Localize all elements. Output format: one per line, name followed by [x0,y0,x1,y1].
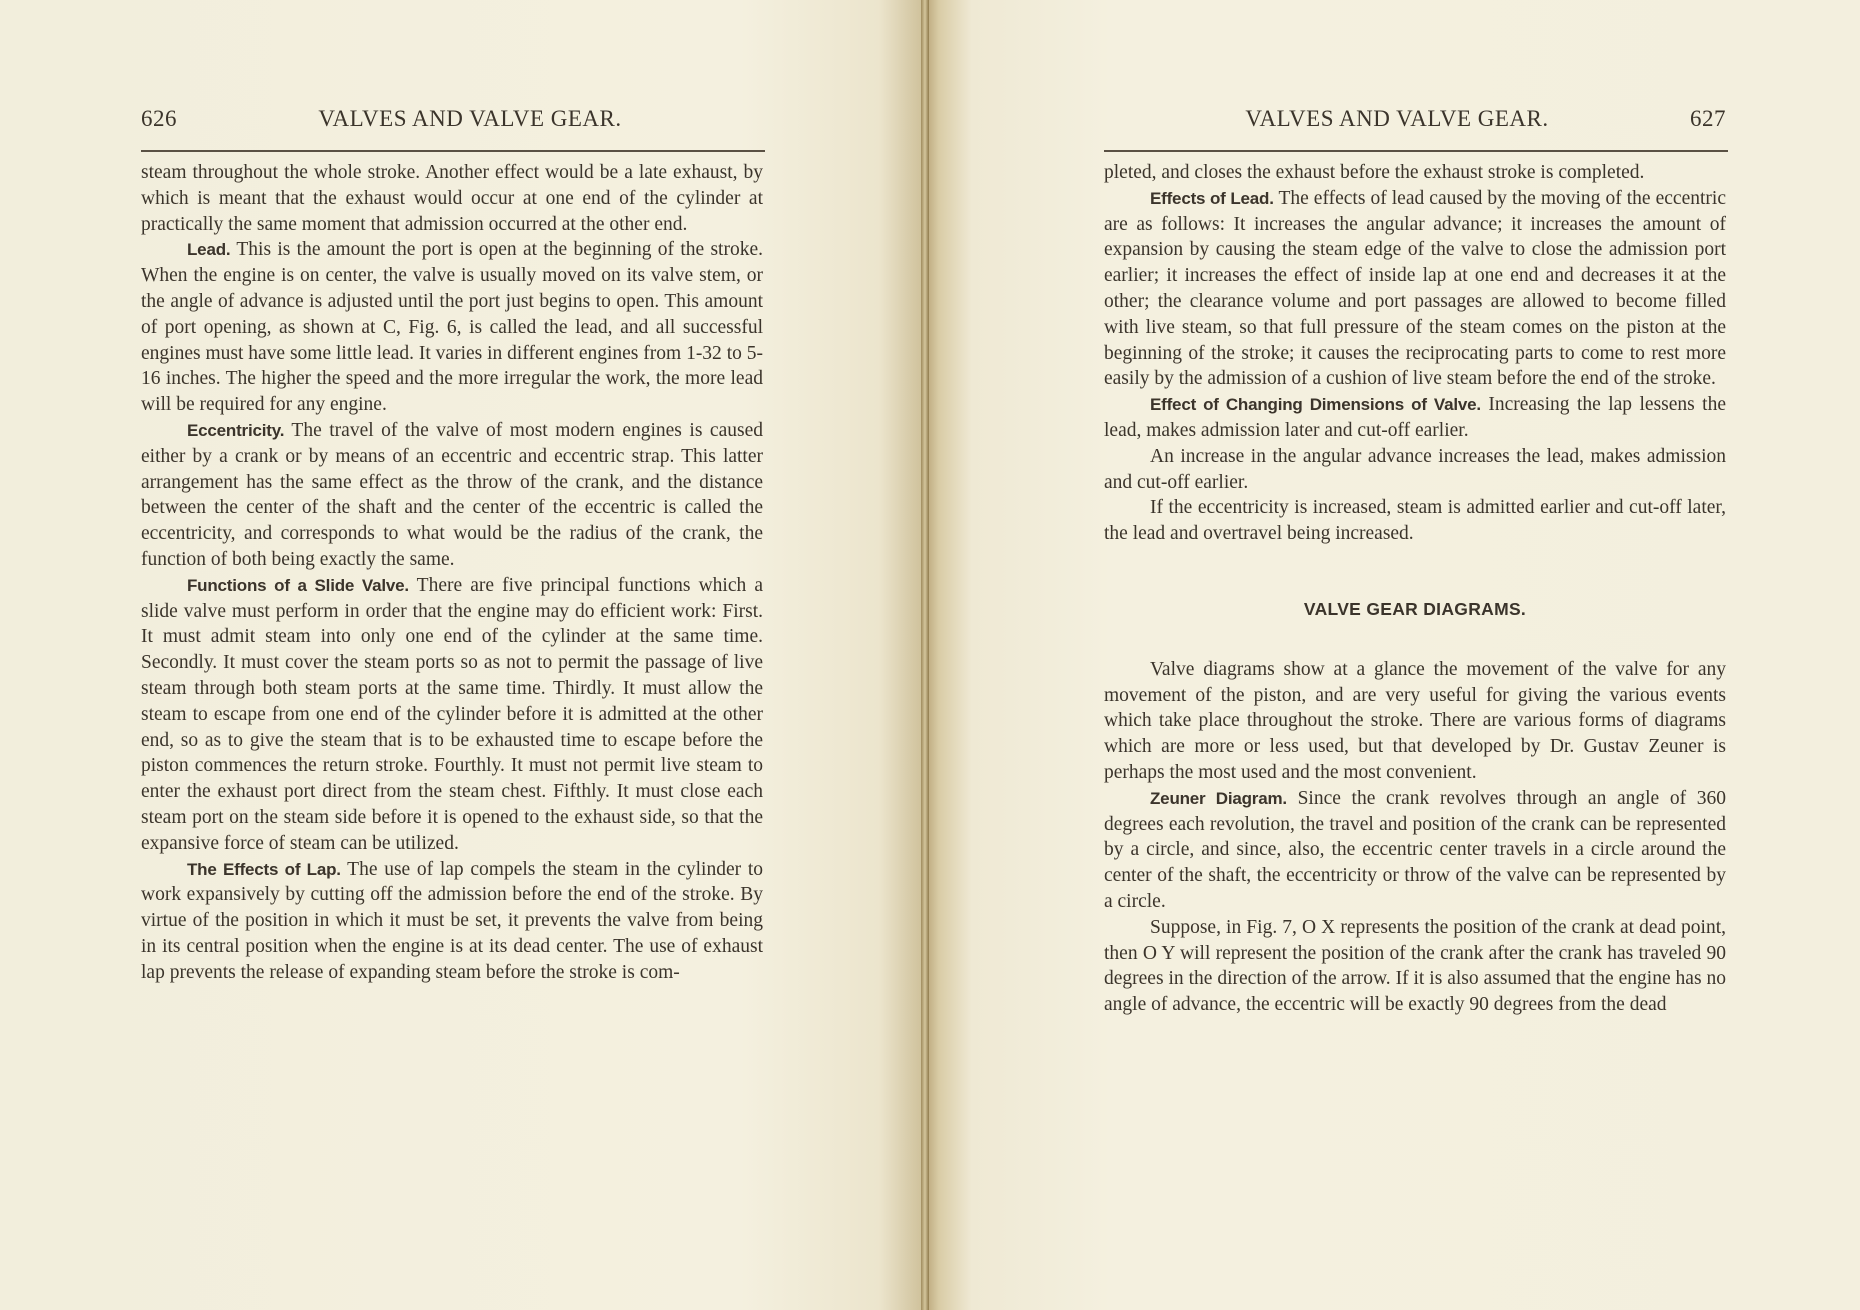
paragraph-heading: Effects of Lead. [1150,189,1274,208]
paragraph: If the eccentricity is increased, steam … [1104,495,1726,547]
paragraph-changing-dimensions: Effect of Changing Dimensions of Valve. … [1104,392,1726,444]
section-heading: VALVE GEAR DIAGRAMS. [1104,597,1726,623]
paragraph-text: If the eccentricity is increased, steam … [1104,497,1726,544]
left-body-text: steam throughout the whole stroke. Anoth… [141,160,763,986]
paragraph-text: The effects of lead caused by the moving… [1104,188,1726,390]
paragraph-text: Suppose, in Fig. 7, O X represents the p… [1104,917,1726,1015]
book-gutter [921,0,929,1310]
left-running-title: VALVES AND VALVE GEAR. [177,106,763,132]
right-head-rule [1104,150,1728,152]
right-page-number: 627 [1690,106,1726,132]
paragraph-effects-of-lead: Effects of Lead. The effects of lead cau… [1104,186,1726,392]
paragraph: pleted, and closes the exhaust before th… [1104,160,1726,186]
paragraph-text: pleted, and closes the exhaust before th… [1104,162,1644,183]
paragraph-heading: Lead. [187,240,230,259]
paragraph: An increase in the angular advance incre… [1104,444,1726,496]
right-body-text: pleted, and closes the exhaust before th… [1104,160,1726,1018]
paragraph: Suppose, in Fig. 7, O X represents the p… [1104,915,1726,1018]
paragraph-text: steam throughout the whole stroke. Anoth… [141,162,763,235]
paragraph-functions-slide-valve: Functions of a Slide Valve. There are fi… [141,573,763,857]
paragraph-effects-of-lap: The Effects of Lap. The use of lap compe… [141,857,763,986]
paragraph-lead: Lead. This is the amount the port is ope… [141,237,763,418]
paragraph: steam throughout the whole stroke. Anoth… [141,160,763,237]
paragraph-heading: The Effects of Lap. [187,860,341,879]
right-running-head: VALVES AND VALVE GEAR. 627 [1104,106,1726,140]
left-head-rule [141,150,765,152]
paragraph: Valve diagrams show at a glance the move… [1104,657,1726,786]
left-running-head: 626 VALVES AND VALVE GEAR. [141,106,763,140]
paragraph-text: Valve diagrams show at a glance the move… [1104,659,1726,783]
paragraph-text: The travel of the valve of most modern e… [141,420,763,570]
right-running-title: VALVES AND VALVE GEAR. [1104,106,1690,132]
paragraph-text: An increase in the angular advance incre… [1104,446,1726,493]
paragraph-heading: Eccentricity. [187,421,284,440]
paragraph-eccentricity: Eccentricity. The travel of the valve of… [141,418,763,573]
paragraph-text: This is the amount the port is open at t… [141,239,763,415]
left-page-number: 626 [141,106,177,132]
paragraph-zeuner-diagram: Zeuner Diagram. Since the crank revolves… [1104,786,1726,915]
paragraph-heading: Effect of Changing Dimensions of Valve. [1150,395,1481,414]
paragraph-text: There are five principal functions which… [141,575,763,854]
paragraph-heading: Functions of a Slide Valve. [187,576,409,595]
paragraph-heading: Zeuner Diagram. [1150,789,1287,808]
